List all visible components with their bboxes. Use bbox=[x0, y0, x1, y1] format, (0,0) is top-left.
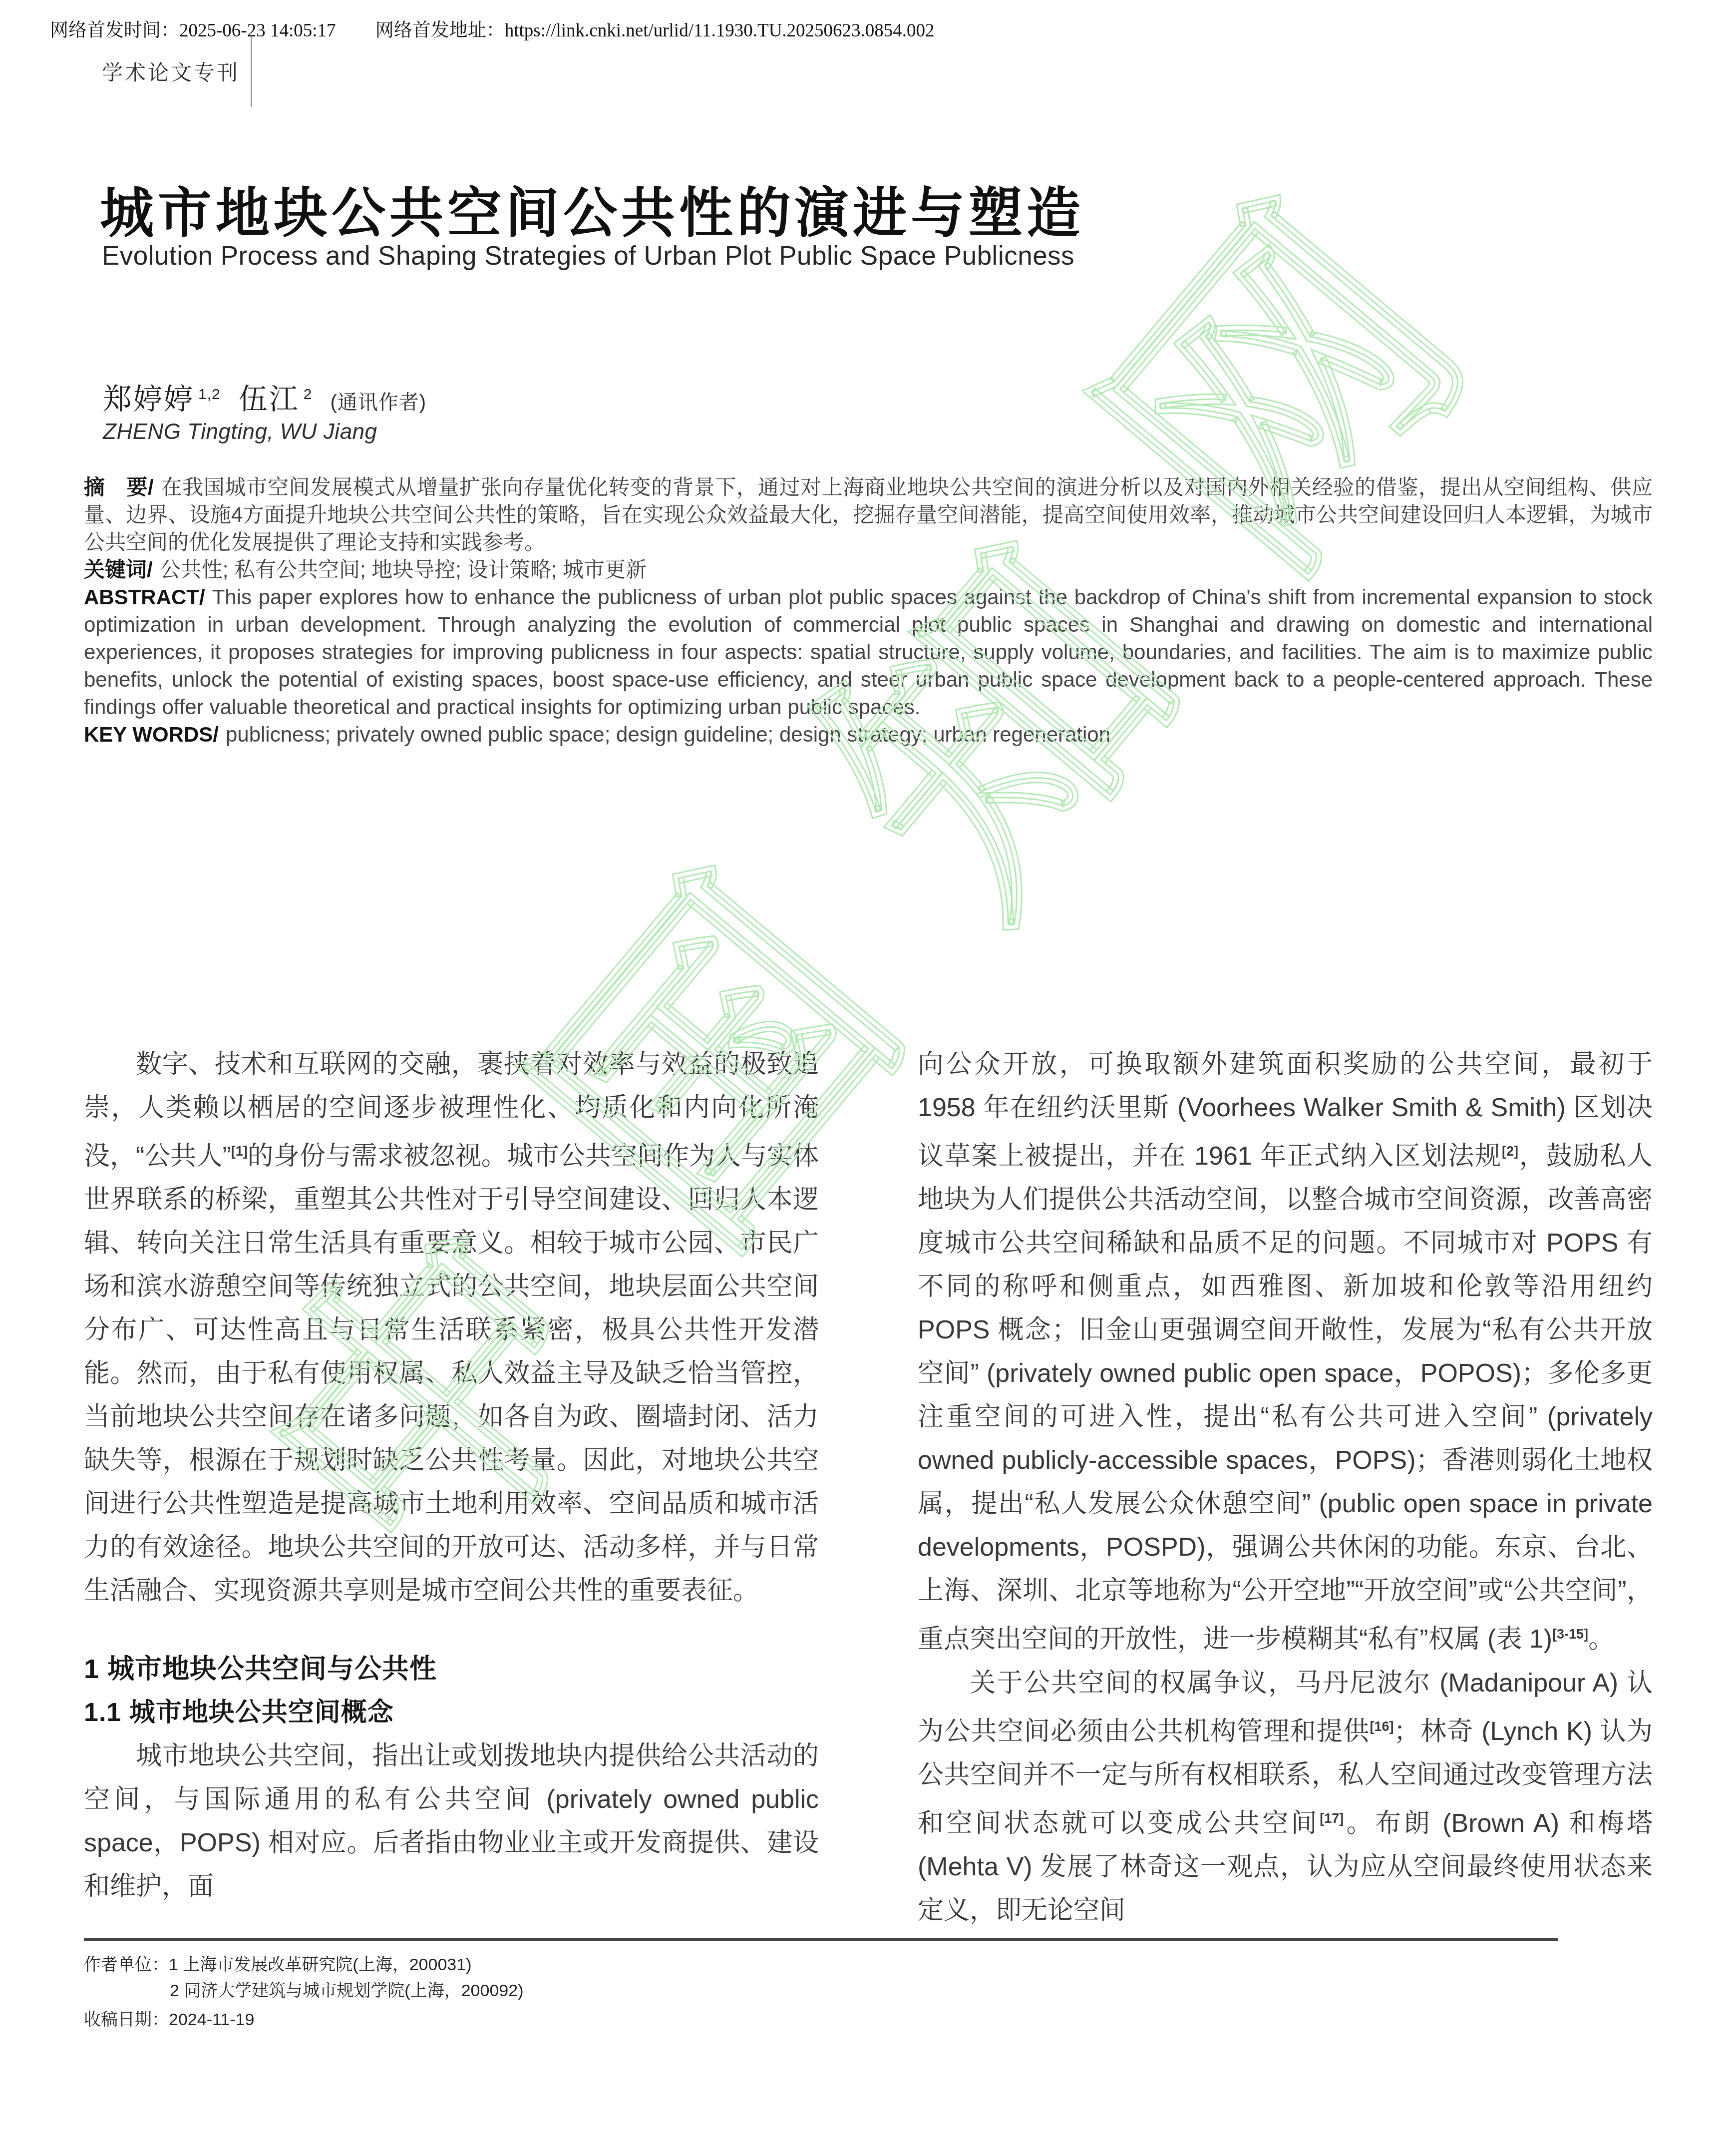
affiliation-row: 2 同济大学建筑与城市规划学院(上海，200092) bbox=[84, 1978, 523, 2004]
affiliation-item: 2 同济大学建筑与城市规划学院(上海，200092) bbox=[170, 1978, 523, 2004]
author-name: 郑婷婷1,2 bbox=[103, 383, 221, 416]
keywords-en-label: KEY WORDS/ bbox=[84, 723, 219, 746]
article-title-en: Evolution Process and Shaping Strategies… bbox=[102, 241, 1074, 271]
issue-block: 学术论文专刊 bbox=[102, 36, 252, 107]
body-column-right: 向公众开放，可换取额外建筑面积奖励的公共空间，最初于 1958 年在纽约沃里斯 … bbox=[918, 1043, 1653, 1932]
received-date: 2024-11-19 bbox=[169, 2007, 254, 2033]
paragraph: 数字、技术和互联网的交融，裹挟着对效率与效益的极致追崇，人类赖以栖居的空间逐步被… bbox=[84, 1043, 819, 1613]
abstract-block: 摘 要/在我国城市空间发展模式从增量扩张向存量优化转变的背景下，通过对上海商业地… bbox=[84, 473, 1653, 748]
prepub-url: 网络首发地址：https://link.cnki.net/urlid/11.19… bbox=[375, 20, 935, 41]
keywords-zh-text: 公共性; 私有公共空间; 地块导控; 设计策略; 城市更新 bbox=[160, 558, 647, 581]
author-affiliation-sup: 2 bbox=[304, 386, 313, 403]
keywords-zh: 关键词/公共性; 私有公共空间; 地块导控; 设计策略; 城市更新 bbox=[84, 556, 1653, 583]
affiliation-row: 作者单位： 1 上海市发展改革研究院(上海，200031) bbox=[84, 1952, 523, 1978]
author-affiliation-sup: 1,2 bbox=[198, 386, 221, 403]
keywords-en: KEY WORDS/publicness; privately owned pu… bbox=[84, 721, 1653, 748]
subsection-heading: 1.1 城市地块公共空间概念 bbox=[84, 1691, 819, 1734]
issue-label: 学术论文专刊 bbox=[102, 56, 240, 86]
section-heading: 1 城市地块公共空间与公共性 bbox=[84, 1648, 819, 1691]
body-column-left: 数字、技术和互联网的交融，裹挟着对效率与效益的极致追崇，人类赖以栖居的空间逐步被… bbox=[84, 1043, 819, 1932]
paragraph: 关于公共空间的权属争议，马丹尼波尔 (Madanipour A) 认为公共空间必… bbox=[918, 1662, 1653, 1933]
keywords-en-text: publicness; privately owned public space… bbox=[226, 723, 1110, 746]
abstract-en-label: ABSTRACT/ bbox=[84, 585, 205, 609]
abstract-en: ABSTRACT/This paper explores how to enha… bbox=[84, 583, 1653, 721]
paper-page: 网络首发时间：2025-06-23 14:05:17 网络首发地址：https:… bbox=[0, 0, 1736, 2152]
corresponding-author-note: (通讯作者) bbox=[330, 392, 426, 414]
keywords-zh-label: 关键词/ bbox=[84, 558, 153, 581]
affiliation-item: 1 上海市发展改革研究院(上海，200031) bbox=[169, 1952, 471, 1978]
paragraph: 向公众开放，可换取额外建筑面积奖励的公共空间，最初于 1958 年在纽约沃里斯 … bbox=[918, 1043, 1653, 1662]
paragraph: 城市地块公共空间，指出让或划拨地块内提供给公共活动的空间，与国际通用的私有公共空… bbox=[84, 1734, 819, 1908]
author-name: 伍江2 bbox=[239, 383, 313, 416]
authors-zh: 郑婷婷1,2伍江2(通讯作者) bbox=[103, 376, 426, 418]
received-date-row: 收稿日期： 2024-11-19 bbox=[84, 2007, 523, 2033]
abstract-zh: 摘 要/在我国城市空间发展模式从增量扩张向存量优化转变的背景下，通过对上海商业地… bbox=[84, 473, 1653, 556]
authors-en: ZHENG Tingting, WU Jiang bbox=[103, 420, 377, 444]
article-title-zh: 城市地块公共空间公共性的演进与塑造 bbox=[100, 170, 1084, 247]
abstract-en-text: This paper explores how to enhance the p… bbox=[84, 585, 1653, 719]
abstract-zh-label: 摘 要/ bbox=[84, 475, 154, 499]
body-columns: 数字、技术和互联网的交融，裹挟着对效率与效益的极致追崇，人类赖以栖居的空间逐步被… bbox=[84, 1043, 1653, 1932]
abstract-zh-text: 在我国城市空间发展模式从增量扩张向存量优化转变的背景下，通过对上海商业地块公共空… bbox=[84, 475, 1653, 554]
received-date-label: 收稿日期： bbox=[84, 2007, 169, 2033]
issue-divider bbox=[251, 36, 252, 107]
footnote-block: 作者单位： 1 上海市发展改革研究院(上海，200031) 2 同济大学建筑与城… bbox=[84, 1952, 523, 2033]
footnote-rule bbox=[84, 1938, 1558, 1941]
affiliation-label: 作者单位： bbox=[84, 1952, 169, 1978]
